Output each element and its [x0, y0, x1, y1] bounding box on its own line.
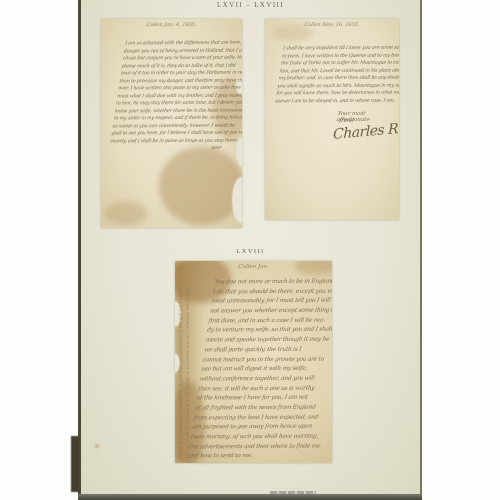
paper-stain: [159, 147, 242, 225]
handwriting-line: soever I am to be obeyed in, and in whos…: [274, 98, 393, 106]
paper-stain: [105, 201, 147, 225]
letter-lxvii-left: Collen Jan: 4. 1655. I am so ashamed wit…: [101, 19, 242, 228]
letter3-margin-crosswriting: but am yours to command in all things as…: [185, 287, 190, 459]
letter1-dateline: Collen Jan: 4. 1655.: [101, 22, 242, 28]
letter-lxvii-right: Collen Nov: 16. 1655. I shall be very im…: [265, 19, 399, 220]
handwriting-line: your: [108, 146, 229, 154]
torn-edge: [232, 177, 242, 223]
album-plate: LXVII – LXVIII Collen Jan: 4. 1655. I am…: [78, 0, 422, 497]
letter3-margin-crosswriting: I have more reason to complaine of you t…: [178, 287, 183, 459]
page-edge-shadow: [71, 436, 79, 492]
printer-imprint: [270, 491, 316, 494]
letter3-dateline: Collen Jan.: [175, 264, 332, 270]
letter2-dateline: Collen Nov: 16. 1655.: [265, 22, 399, 28]
paper-speck: [95, 444, 99, 448]
letter1-body: I am so ashamed with the differences tha…: [108, 41, 242, 154]
plate-bottom-edge: [78, 494, 422, 500]
letter2-closing-line2: frend: [339, 118, 355, 124]
charles-r-signature: Charles R: [333, 121, 398, 143]
handwriting-line: and how to send to me.: [187, 453, 317, 463]
plate-number-heading-top: LXVII – LXVIII: [81, 1, 420, 9]
letter2-body: I shall be very impatient till I know yo…: [274, 46, 399, 107]
letter3-body: You doe not more or much to be in Englan…: [187, 279, 332, 463]
letter-lxviii: Collen Jan. I have more reason to compla…: [175, 261, 332, 463]
plate-number-heading-middle: LXVIII: [81, 248, 420, 255]
